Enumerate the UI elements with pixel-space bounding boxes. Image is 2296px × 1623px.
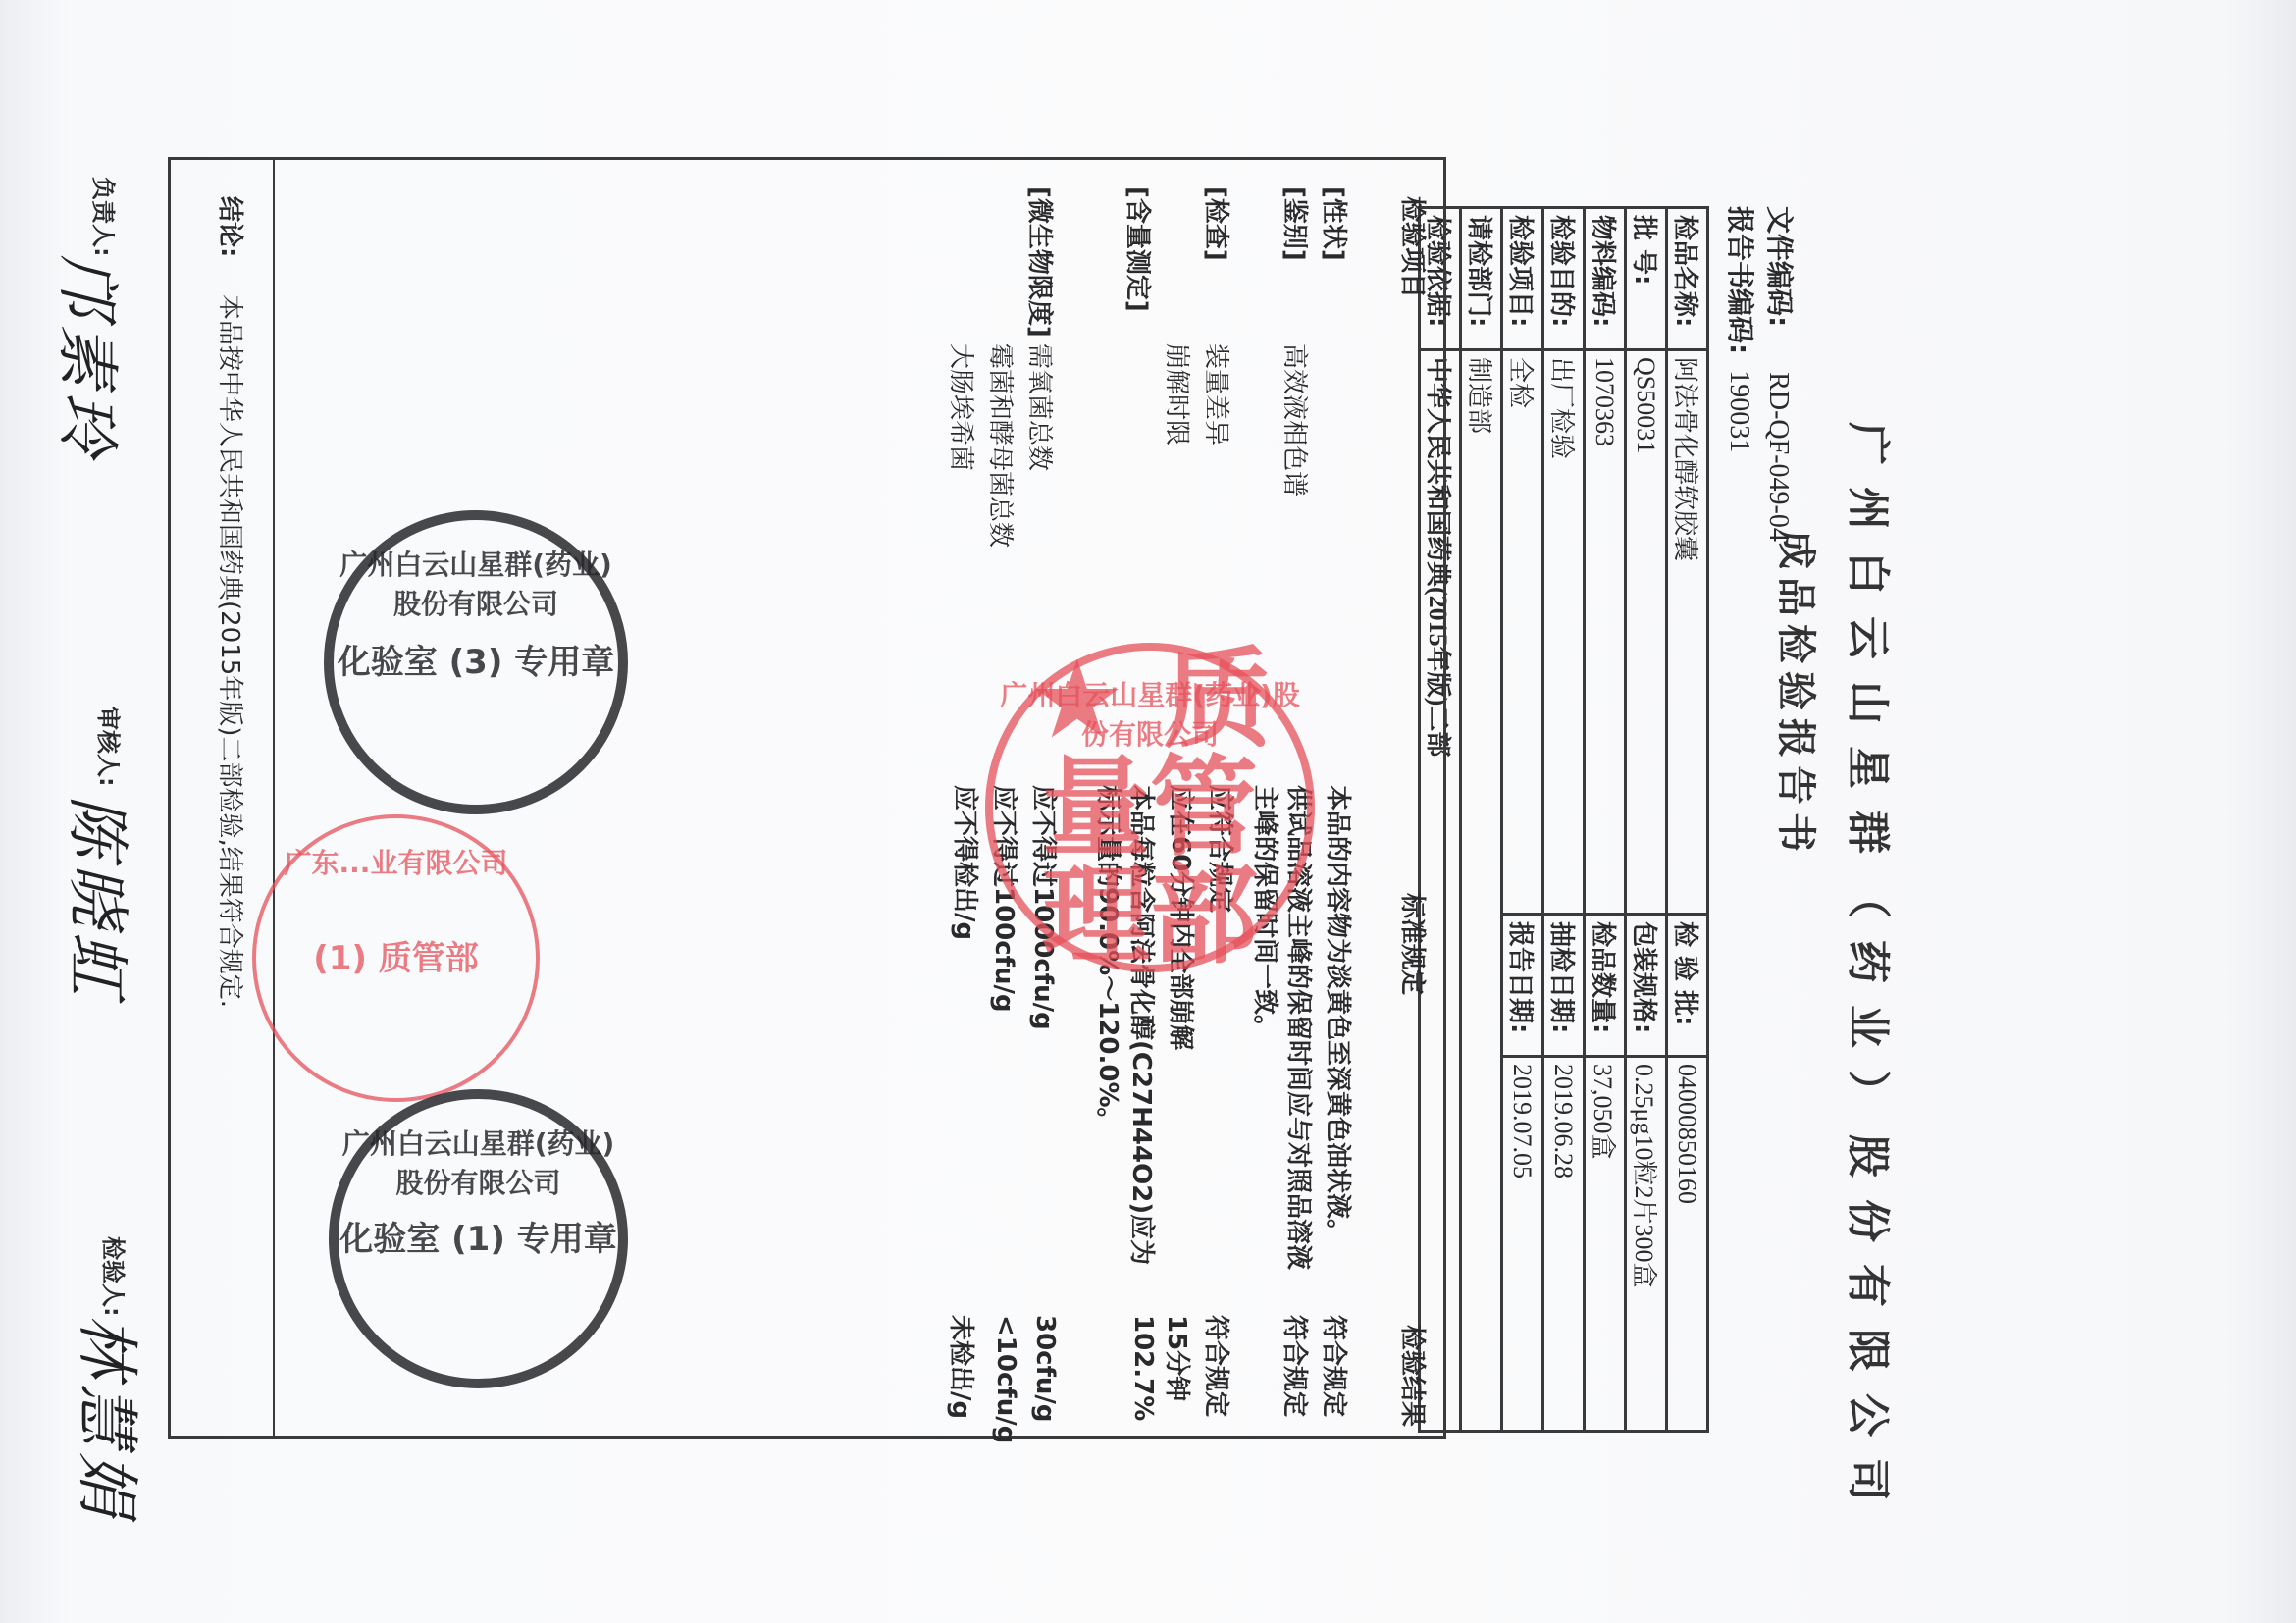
info-label: 检 验 批: [1667,915,1708,1057]
responsible-label: 负责人: [88,177,123,257]
test-standard: 应不得检出/g [948,785,981,1276]
info-label: 包装规格: [1626,915,1667,1057]
quality-management-stamp: 广州白云山星群(药业)股份有限公司 ★ 质量管理部 [985,643,1315,972]
info-label: 检品数量: [1585,915,1626,1057]
info-label: 物料编码: [1585,208,1626,350]
inspection-report-page: 广州白云山星群（药业）股份有限公司 成品检验报告书 文件编码:RD-QF-049… [0,0,2296,1623]
stamp-center-text: 化验室 (1) 专用章 [339,1217,616,1262]
test-category: [检查] [1200,186,1236,261]
test-category: [鉴别] [1278,186,1315,261]
reviewer-label: 审核人: [93,707,128,787]
info-row: 检验项目: 全检 报告日期: 2019.07.05 [1502,208,1543,1432]
column-header-result: 检验结果 [1396,1325,1433,1427]
inspector-signature: 林慧娟 [67,1315,157,1521]
info-value: 04000850160 [1667,1057,1708,1432]
reviewer-signature: 陈晓虹 [57,795,147,1001]
test-item: 崩解时限 [1161,343,1197,445]
report-number-label: 报告书编码: [1724,206,1756,354]
inspector-label: 检验人: [98,1236,132,1317]
test-result: 符合规定 [1318,1315,1354,1417]
stamp-ring-text: 广东...业有限公司 [256,842,536,881]
lab-stamp-1: 广州白云山星群(药业)股份有限公司 化验室 (1) 专用章 [329,1089,628,1388]
file-code-label: 文件编码: [1763,206,1796,327]
info-value: 2019.06.28 [1543,1057,1585,1432]
info-value: 制造部 [1461,350,1502,1432]
report-number-value: 190031 [1724,370,1754,452]
info-row: 物料编码: 1070363 检品数量: 37,050盒 [1585,208,1626,1432]
test-result: 102.7% [1128,1315,1158,1421]
info-value: 37,050盒 [1585,1057,1626,1432]
test-result: 30cfu/g [1030,1315,1060,1423]
company-name: 广州白云山星群（药业）股份有限公司 [1841,422,1904,1523]
conclusion-text: 本品按中华人民共和国药典(2015年版)二部检验,结果符合规定. [214,294,250,1008]
info-value: 出厂检验 [1543,350,1585,915]
product-info-table: 检品名称: 阿法骨化醇软胶囊 检 验 批: 04000850160 批 号: Q… [1418,206,1709,1433]
lab-stamp-3: 广州白云山星群(药业)股份有限公司 化验室 (3) 专用章 [324,510,628,814]
stamp-center-text: (1) 质管部 [313,936,479,981]
stamp-center-text: 化验室 (3) 专用章 [338,640,614,685]
file-code: 文件编码:RD-QF-049-04 [1761,206,1800,542]
info-value: 1070363 [1585,350,1626,915]
test-standard: 本品的内容物为淡黄色至深黄色油状液。 [1321,785,1354,1276]
responsible-signature: 邝素玲 [47,255,137,461]
test-result: <10cfu/g [991,1315,1020,1443]
test-item: 霉菌和酵母菌总数 [984,343,1020,548]
test-item: 高效液相色谱 [1278,343,1315,497]
info-row: 检验目的: 出厂检验 抽检日期: 2019.06.28 [1543,208,1585,1432]
test-item: 大肠埃希菌 [945,343,981,471]
stamp-ring-text: 广州白云山星群(药业)股份有限公司 [993,674,1307,753]
quality-dept-stamp: 广东...业有限公司 (1) 质管部 [252,814,540,1102]
info-value: 阿法骨化醇软胶囊 [1667,350,1708,915]
info-value: QS50031 [1626,350,1667,915]
conclusion-label: 结论: [214,196,250,257]
info-value: 全检 [1502,350,1543,915]
info-label: 检验目的: [1543,208,1585,350]
info-value: 0.25μg10粒2片300盒 [1626,1057,1667,1432]
info-value: 2019.07.05 [1502,1057,1543,1432]
test-category: [微生物限度] [1023,186,1060,338]
test-result: 15分钟 [1161,1315,1197,1401]
test-category: [性状] [1318,186,1354,261]
test-result: 符合规定 [1200,1315,1236,1417]
conclusion-divider [273,157,275,1436]
column-header-item: 检验项目 [1396,196,1433,298]
info-label: 请检部门: [1461,208,1502,350]
info-label: 批 号: [1626,208,1667,350]
file-code-value: RD-QF-049-04 [1763,372,1794,542]
stamp-ring-text: 广州白云山星群(药业)股份有限公司 [339,1123,618,1201]
test-result: 符合规定 [1278,1315,1315,1417]
test-item: 需氧菌总数 [1023,343,1060,471]
info-label: 报告日期: [1502,915,1543,1057]
info-row: 批 号: QS50031 包装规格: 0.25μg10粒2片300盒 [1626,208,1667,1432]
column-header-standard: 标准规定 [1396,893,1433,995]
report-number: 报告书编码:190031 [1722,206,1761,452]
info-row: 检品名称: 阿法骨化醇软胶囊 检 验 批: 04000850160 [1667,208,1708,1432]
stamp-ring-text: 广州白云山星群(药业)股份有限公司 [334,544,618,622]
info-label: 检品名称: [1667,208,1708,350]
scanned-page-background: 广州白云山星群（药业）股份有限公司 成品检验报告书 文件编码:RD-QF-049… [0,0,2296,1623]
test-item: 装量差异 [1200,343,1236,445]
info-row: 请检部门: 制造部 [1461,208,1502,1432]
test-result: 未检出/g [945,1315,981,1419]
info-label: 抽检日期: [1543,915,1585,1057]
report-title: 成品检验报告书 [1771,530,1827,860]
info-label: 检验项目: [1502,208,1543,350]
test-category: [含量测定] [1122,186,1158,312]
